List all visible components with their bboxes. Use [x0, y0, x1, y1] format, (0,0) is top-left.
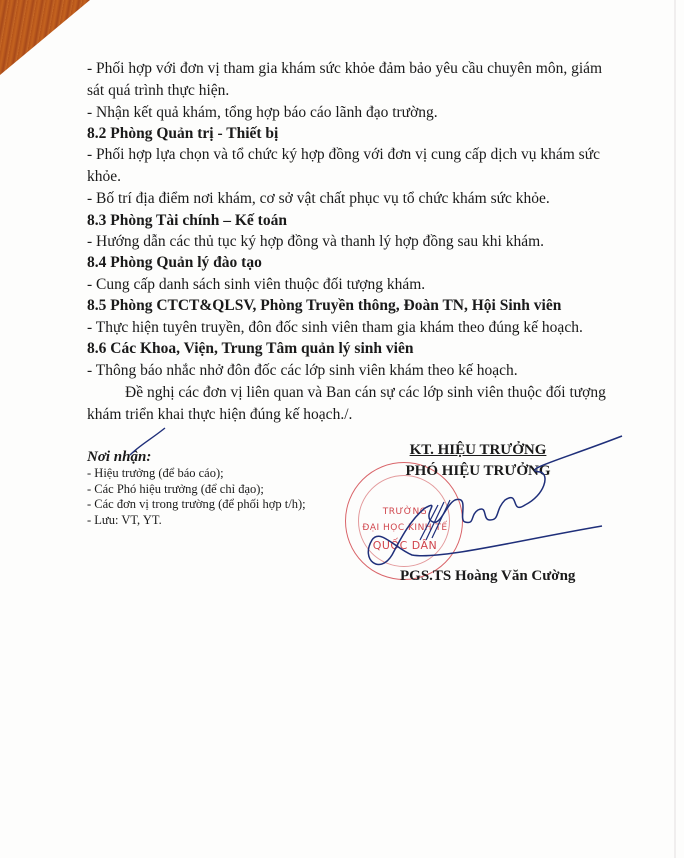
signature-subtitle: PHÓ HIỆU TRƯỞNG	[368, 461, 588, 482]
signature-block: KT. HIỆU TRƯỞNG PHÓ HIỆU TRƯỞNG	[368, 440, 588, 482]
body-line: - Cung cấp danh sách sinh viên thuộc đối…	[87, 276, 425, 294]
body-line: - Bố trí địa điểm nơi khám, cơ sở vật ch…	[87, 190, 550, 208]
recipient-item: - Các Phó hiệu trưởng (để chỉ đạo);	[87, 482, 306, 498]
wood-table-corner	[0, 0, 90, 75]
stamp-inner-ring	[358, 475, 450, 567]
section-heading-8-4: 8.4 Phòng Quản lý đào tạo	[87, 254, 262, 272]
body-line: - Phối hợp lựa chọn và tổ chức ký hợp đồ…	[87, 146, 600, 164]
body-line: - Thông báo nhắc nhở đôn đốc các lớp sin…	[87, 362, 518, 380]
stamp-text: TRƯỜNG	[346, 507, 464, 517]
stamp-text: QUỐC DÂN	[346, 539, 464, 552]
recipient-item: - Các đơn vị trong trường (để phối hợp t…	[87, 497, 306, 513]
section-heading-8-6: 8.6 Các Khoa, Viện, Trung Tâm quản lý si…	[87, 340, 413, 358]
recipient-item: - Hiệu trưởng (để báo cáo);	[87, 466, 306, 482]
recipients-title: Nơi nhận:	[87, 449, 306, 466]
section-heading-8-2: 8.2 Phòng Quản trị - Thiết bị	[87, 125, 278, 143]
signer-name: PGS.TS Hoàng Văn Cường	[400, 568, 575, 585]
stamp-text: ĐẠI HỌC KINH TẾ	[346, 523, 464, 533]
body-line: - Hướng dẫn các thủ tục ký hợp đồng và t…	[87, 233, 544, 251]
body-line: sát quá trình thực hiện.	[87, 82, 229, 100]
body-line: khỏe.	[87, 168, 121, 186]
body-line: - Thực hiện tuyên truyền, đôn đốc sinh v…	[87, 319, 583, 337]
recipients-block: Nơi nhận: - Hiệu trưởng (để báo cáo); - …	[87, 449, 306, 528]
page-edge	[674, 0, 676, 858]
body-line: - Nhận kết quả khám, tổng hợp báo cáo lã…	[87, 104, 438, 122]
closing-paragraph-end: khám triển khai thực hiện đúng kế hoạch.…	[87, 406, 352, 424]
body-line: - Phối hợp với đơn vị tham gia khám sức …	[87, 60, 602, 78]
signature-title: KT. HIỆU TRƯỞNG	[368, 440, 588, 461]
closing-paragraph: Đề nghị các đơn vị liên quan và Ban cán …	[87, 384, 606, 402]
recipient-item: - Lưu: VT, YT.	[87, 513, 306, 529]
section-heading-8-5: 8.5 Phòng CTCT&QLSV, Phòng Truyền thông,…	[87, 297, 561, 315]
section-heading-8-3: 8.3 Phòng Tài chính – Kế toán	[87, 212, 287, 230]
